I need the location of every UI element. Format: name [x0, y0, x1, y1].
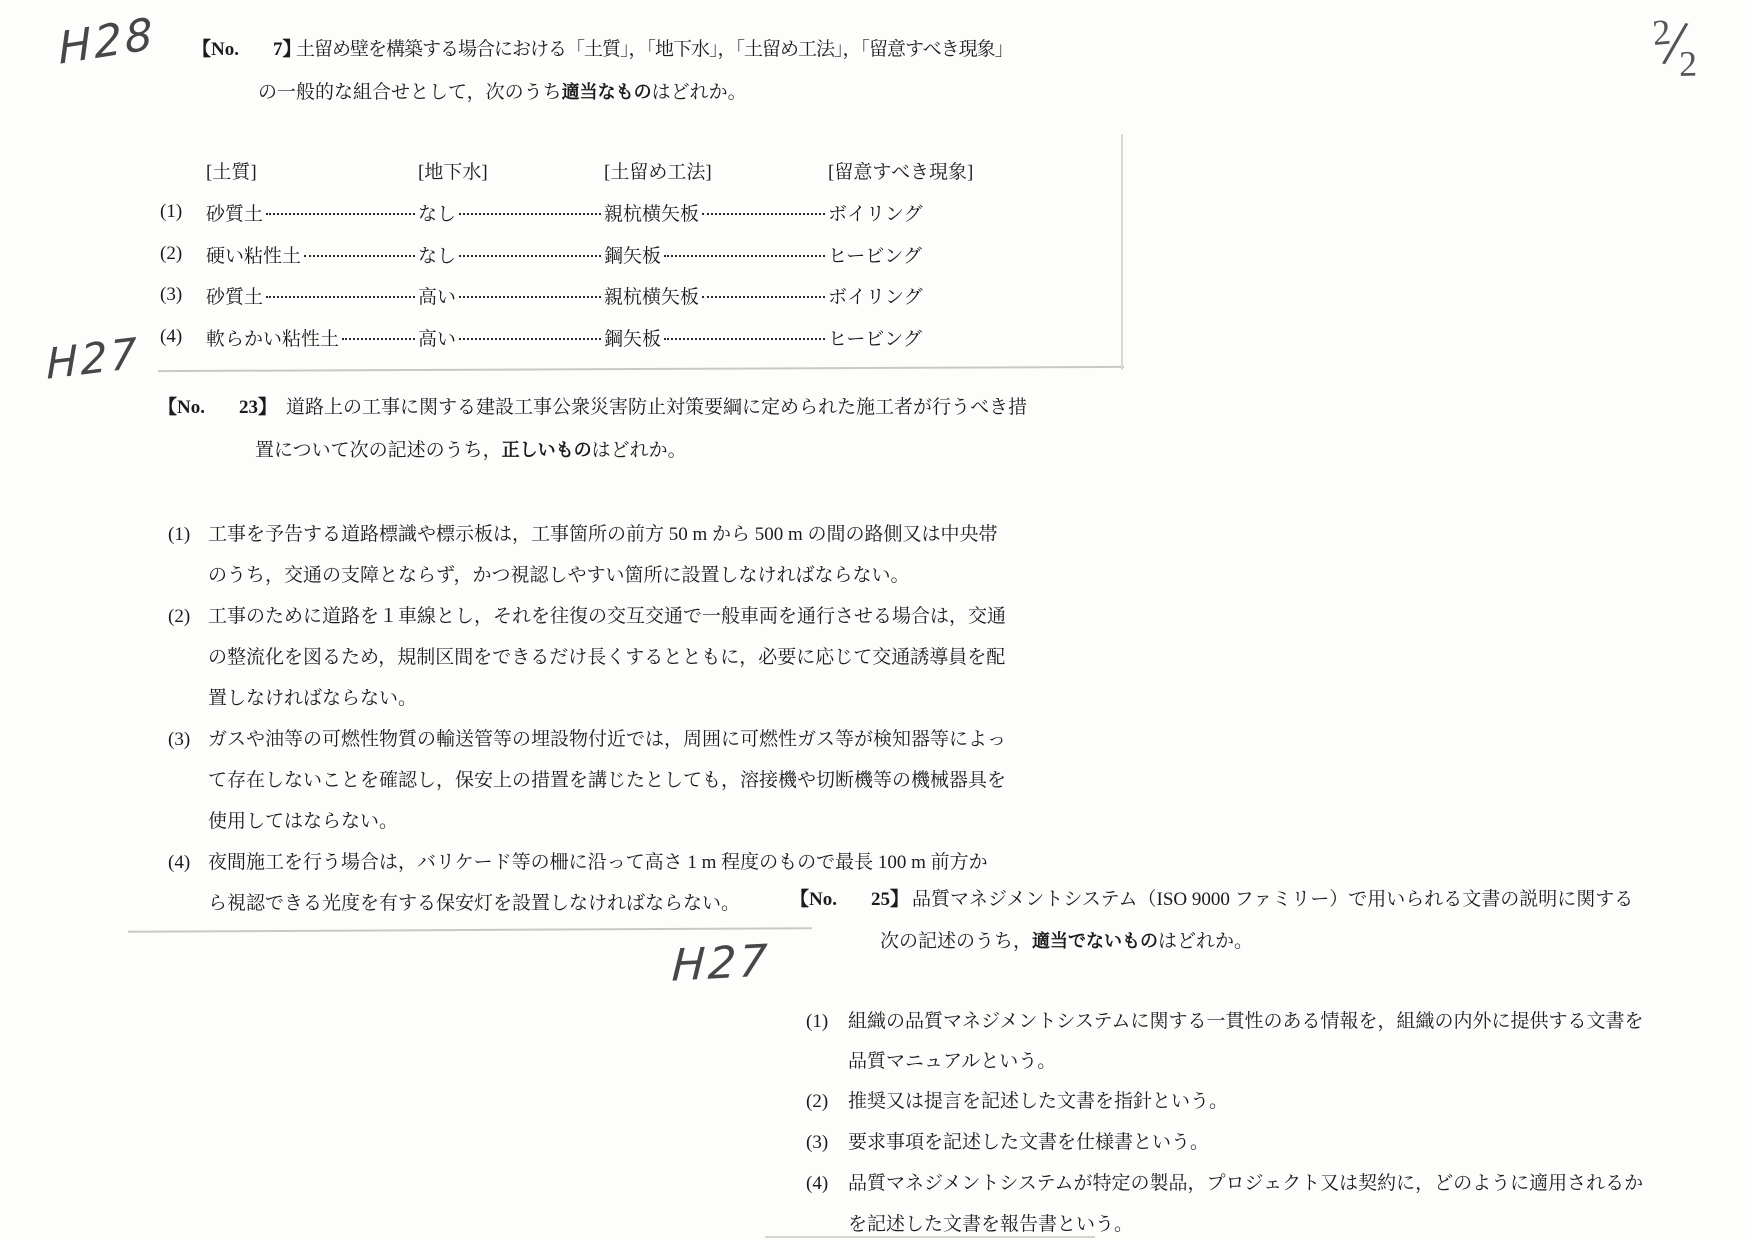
q7-col-groundwater: [地下水]	[418, 157, 604, 184]
q23-option3-line2: て存在しないことを確認し，保安上の措置を講じたとしても，溶接機や切断機等の機械器…	[208, 767, 1006, 795]
q7-col-method: [土留め工法]	[604, 157, 828, 184]
q25-option2-line1: 推奨又は提言を記述した文書を指針という。	[848, 1088, 1228, 1116]
q25-option1-line1: 組織の品質マネジメントシステムに関する一貫性のある情報を，組織の内外に提供する文…	[848, 1008, 1644, 1036]
scan-sheet-edge-right	[1121, 134, 1123, 370]
table-row: (3) 砂質土 高い 親杭横矢板 ボイリング	[160, 281, 990, 309]
page-number-denominator: 2	[1679, 43, 1698, 85]
table-row: (1) 砂質土 なし 親杭横矢板 ボイリング	[160, 198, 990, 226]
dotted-leader	[661, 323, 828, 351]
q23-option3-line1: ガスや油等の可燃性物質の輸送管等の埋設物付近では，周囲に可燃性ガス等が検知器等に…	[208, 726, 1006, 754]
cell-groundwater: なし	[418, 241, 456, 268]
q7-line2-post: はどれか。	[652, 82, 747, 103]
dotted-leader	[456, 323, 604, 351]
dotted-leader	[699, 281, 828, 309]
row-marker: (3)	[160, 284, 206, 306]
option-marker: (1)	[168, 521, 190, 549]
q25-question-line2: 次の記述のうち，適当でないものはどれか。	[880, 927, 1253, 955]
cell-method: 鋼矢板	[604, 241, 661, 268]
dotted-leader	[699, 198, 828, 226]
cell-method: 鋼矢板	[604, 324, 661, 351]
cell-groundwater: 高い	[418, 282, 456, 309]
q25-option1-line2: 品質マニュアルという。	[848, 1048, 1056, 1076]
q23-line2-emphasis: 正しいもの	[502, 440, 592, 460]
q23-label-number: 23】	[239, 397, 277, 418]
q23-line2-pre: 置について次の記述のうち，	[255, 440, 502, 461]
q23-question-line1: 道路上の工事に関する建設工事公衆災害防止対策要綱に定められた施工者が行うべき措	[286, 394, 1027, 422]
q23-question-line2: 置について次の記述のうち，正しいものはどれか。	[255, 436, 687, 464]
handwritten-page-number: 2 / 2	[1650, 13, 1699, 75]
option-marker: (3)	[168, 726, 190, 754]
q23-option1-line2: のうち，交通の支障とならず，かつ視認しやすい箇所に設置しなければならない。	[208, 562, 909, 590]
q25-line2-emphasis: 適当でないもの	[1032, 931, 1158, 951]
q7-line2-emphasis: 適当なもの	[562, 82, 652, 102]
cell-soil: 硬い粘性土	[206, 241, 301, 268]
q25-label-open: 【No.	[790, 889, 837, 910]
dotted-leader	[263, 198, 418, 226]
handwritten-h27-middle: H27	[671, 935, 772, 991]
q7-col-soil: [土質]	[206, 157, 418, 184]
q23-label-open: 【No.	[158, 397, 205, 418]
option-marker: (2)	[806, 1088, 828, 1116]
row-marker: (1)	[160, 201, 206, 223]
table-row: (2) 硬い粘性土 なし 鋼矢板 ヒービング	[160, 240, 990, 268]
q7-label: 【No.7】	[192, 36, 302, 64]
q25-option3-line1: 要求事項を記述した文書を仕様書という。	[848, 1129, 1209, 1157]
option-marker: (2)	[168, 603, 190, 631]
q23-option2-line1: 工事のために道路を１車線とし，それを往復の交互交通で一般車両を通行させる場合は，…	[208, 603, 1006, 631]
scan-sheet-edge-top-section	[158, 366, 1124, 372]
cell-phenomenon: ボイリング	[828, 282, 923, 309]
handwritten-h27-left: H27	[46, 328, 140, 389]
cell-soil: 軟らかい粘性土	[206, 324, 339, 351]
q7-table-header: [土質] [地下水] [土留め工法] [留意すべき現象]	[160, 156, 990, 184]
q25-option4-line2: を記述した文書を報告書という。	[848, 1211, 1133, 1239]
table-row: (4) 軟らかい粘性土 高い 鋼矢板 ヒービング	[160, 323, 990, 351]
option-marker: (4)	[806, 1170, 828, 1198]
q7-label-open: 【No.	[192, 39, 239, 60]
dotted-leader	[456, 198, 604, 226]
cell-groundwater: 高い	[418, 324, 456, 351]
q25-option4-line1: 品質マネジメントシステムが特定の製品，プロジェクト又は契約に，どのように適用され…	[848, 1170, 1643, 1198]
q23-line2-post: はどれか。	[592, 440, 687, 461]
option-marker: (3)	[806, 1129, 828, 1157]
cell-phenomenon: ヒービング	[828, 241, 922, 268]
cell-groundwater: なし	[418, 199, 456, 226]
cell-phenomenon: ヒービング	[828, 324, 922, 351]
cell-phenomenon: ボイリング	[828, 199, 923, 226]
row-marker: (2)	[160, 243, 206, 265]
q7-question-line2: の一般的な組合せとして，次のうち適当なものはどれか。	[258, 78, 747, 106]
q23-option1-line1: 工事を予告する道路標識や標示板は，工事箇所の前方 50 m から 500 m の…	[208, 521, 998, 549]
cell-method: 親杭横矢板	[604, 199, 699, 226]
scan-sheet-edge-middle-section	[128, 927, 812, 933]
q25-label-number: 25】	[871, 889, 909, 910]
q23-option2-line3: 置しなければならない。	[208, 685, 417, 713]
q7-line2-pre: の一般的な組合せとして，次のうち	[258, 82, 562, 103]
q23-option2-line2: の整流化を図るため，規制区間をできるだけ長くするとともに，必要に応じて交通誘導員…	[208, 644, 1005, 672]
q23-option4-line2: ら視認できる光度を有する保安灯を設置しなければならない。	[208, 890, 740, 918]
q7-col-phenomenon: [留意すべき現象]	[828, 157, 973, 184]
q23-option3-line3: 使用してはならない。	[208, 808, 398, 836]
q23-option4-line1: 夜間施工を行う場合は，バリケード等の柵に沿って高さ 1 m 程度のもので最長 1…	[208, 849, 988, 877]
dotted-leader	[301, 240, 418, 268]
q23-label: 【No.23】	[158, 394, 277, 422]
cell-soil: 砂質土	[206, 199, 263, 226]
cell-method: 親杭横矢板	[604, 282, 699, 309]
q25-line2-pre: 次の記述のうち，	[880, 931, 1032, 952]
dotted-leader	[661, 240, 828, 268]
dotted-leader	[456, 281, 604, 309]
dotted-leader	[456, 240, 604, 268]
q25-label: 【No.25】	[790, 886, 909, 914]
q25-line2-post: はどれか。	[1158, 931, 1253, 952]
option-marker: (1)	[806, 1008, 828, 1036]
q7-question-line1: 土留め壁を構築する場合における「土質」，「地下水」，「土留め工法」，「留意すべき…	[296, 36, 1013, 64]
dotted-leader	[339, 323, 418, 351]
cell-soil: 砂質土	[206, 282, 263, 309]
dotted-leader	[263, 281, 418, 309]
handwritten-h28: H28	[57, 8, 157, 75]
q25-question-line1: 品質マネジメントシステム（ISO 9000 ファミリー）で用いられる文書の説明に…	[912, 886, 1633, 914]
row-marker: (4)	[160, 326, 206, 348]
option-marker: (4)	[168, 849, 190, 877]
